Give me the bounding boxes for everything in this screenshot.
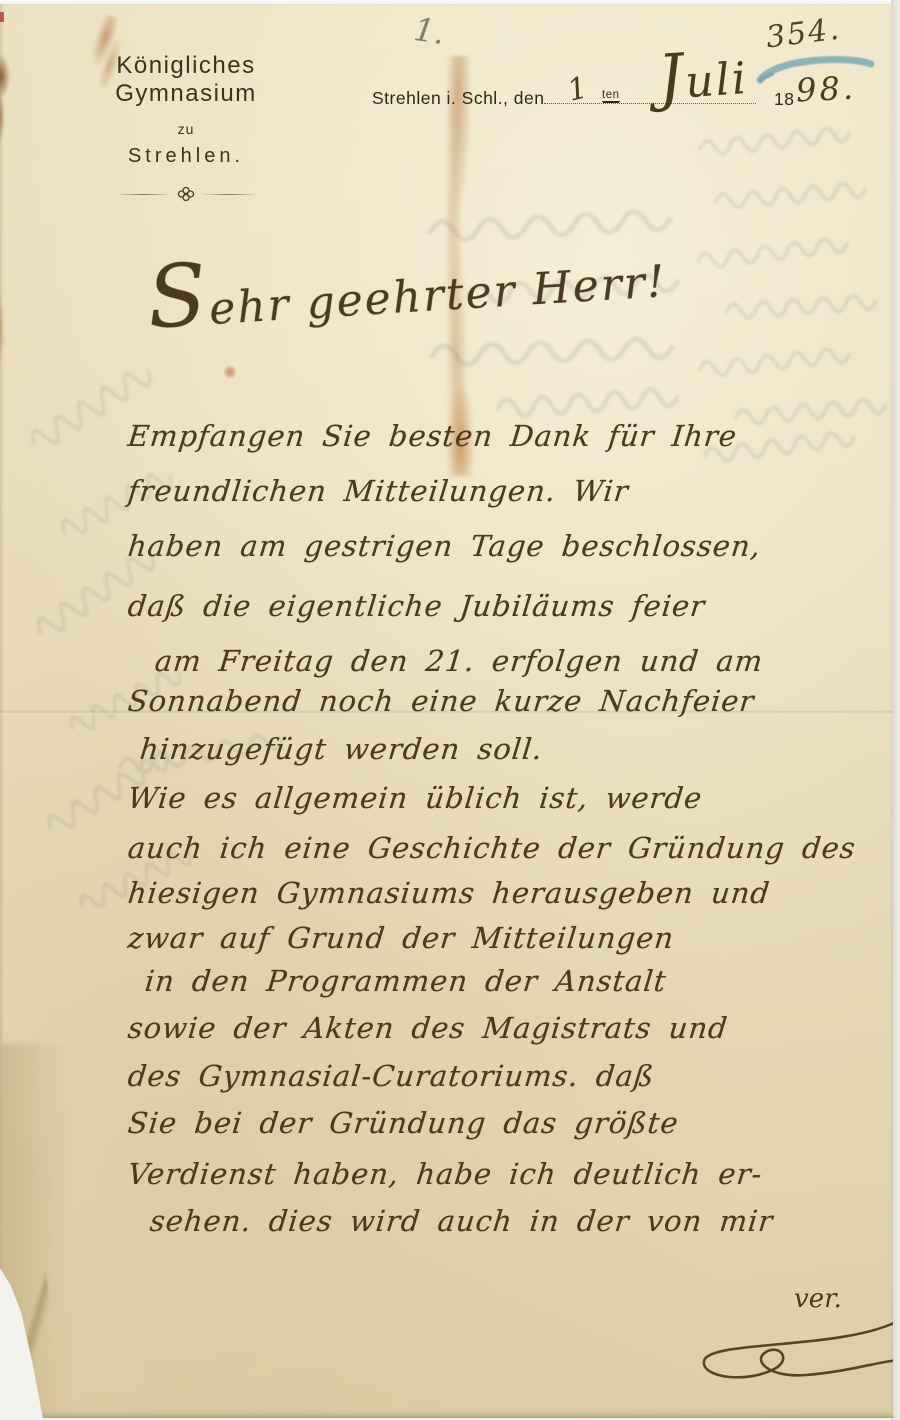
body-line: hiesigen Gymnasiums herausgeben und [126, 876, 772, 910]
body-line: auch ich eine Geschichte der Gründung de… [126, 831, 857, 865]
pen-flourish [688, 1306, 900, 1384]
letterhead-institution: Königliches Gymnasium [40, 52, 332, 108]
dateline-printed-century: 18 [774, 89, 794, 110]
scanned-letter-page: { "document": { "kind": "handwritten let… [0, 0, 900, 1420]
letterhead: Königliches Gymnasium zu Strehlen. [40, 52, 332, 202]
red-edge-mark [0, 12, 4, 22]
dateline-printed-ordinal: ten [602, 89, 620, 102]
body-line: sowie der Akten des Magistrats und [126, 1011, 729, 1045]
pencil-page-number: 1. [412, 10, 448, 52]
stain-dot [224, 366, 236, 378]
quatrefoil-ornament-icon [175, 186, 197, 202]
folio-number: 354. [764, 12, 843, 56]
body-line: sehen. dies wird auch in der von mir [148, 1204, 775, 1238]
dateline: Strehlen i. Schl., denx 18 1 ten Juli 98… [372, 88, 766, 128]
body-line: zwar auf Grund der Mitteilungen [126, 921, 676, 955]
body-line: des Gymnasial-Curatoriums. daß [126, 1059, 656, 1093]
body-line: in den Programmen der Anstalt [143, 964, 668, 998]
salutation: Sehr geehrter Herr! [147, 256, 668, 339]
body-line: Wie es allgemein üblich ist, werde [126, 781, 704, 815]
dateline-printed-prefix: Strehlen i. Schl., den [372, 88, 544, 108]
body-line: Sonnabend noch eine kurze Nachfeier [126, 684, 756, 718]
dateline-handwritten-year: 98. [795, 68, 857, 109]
letterhead-divider [40, 186, 332, 202]
body-line: am Freitag den 21. erfolgen und am [153, 644, 765, 678]
dateline-handwritten-month: Juli [656, 35, 750, 114]
torn-corner-shadow [0, 1270, 62, 1420]
body-line: freundlichen Mitteilungen. Wir [126, 474, 630, 508]
body-line: daß die eigentliche Jubiläums feier [126, 589, 707, 623]
body-line: haben am gestrigen Tage beschlossen, [126, 529, 763, 563]
body-line: Empfangen Sie besten Dank für Ihre [126, 419, 739, 453]
letterhead-town: Strehlen. [40, 145, 332, 168]
stain-left-middle [0, 289, 14, 369]
paper-sheet: Königliches Gymnasium zu Strehlen. 1. 35… [0, 4, 893, 1418]
body-line: hinzugefügt werden soll. [138, 732, 544, 766]
letterhead-zu: zu [40, 121, 332, 137]
stain-left-upper [0, 54, 18, 144]
body-line: Verdienst haben, habe ich deutlich er- [126, 1157, 764, 1191]
body-line: Sie bei der Gründung das größte [126, 1106, 680, 1140]
